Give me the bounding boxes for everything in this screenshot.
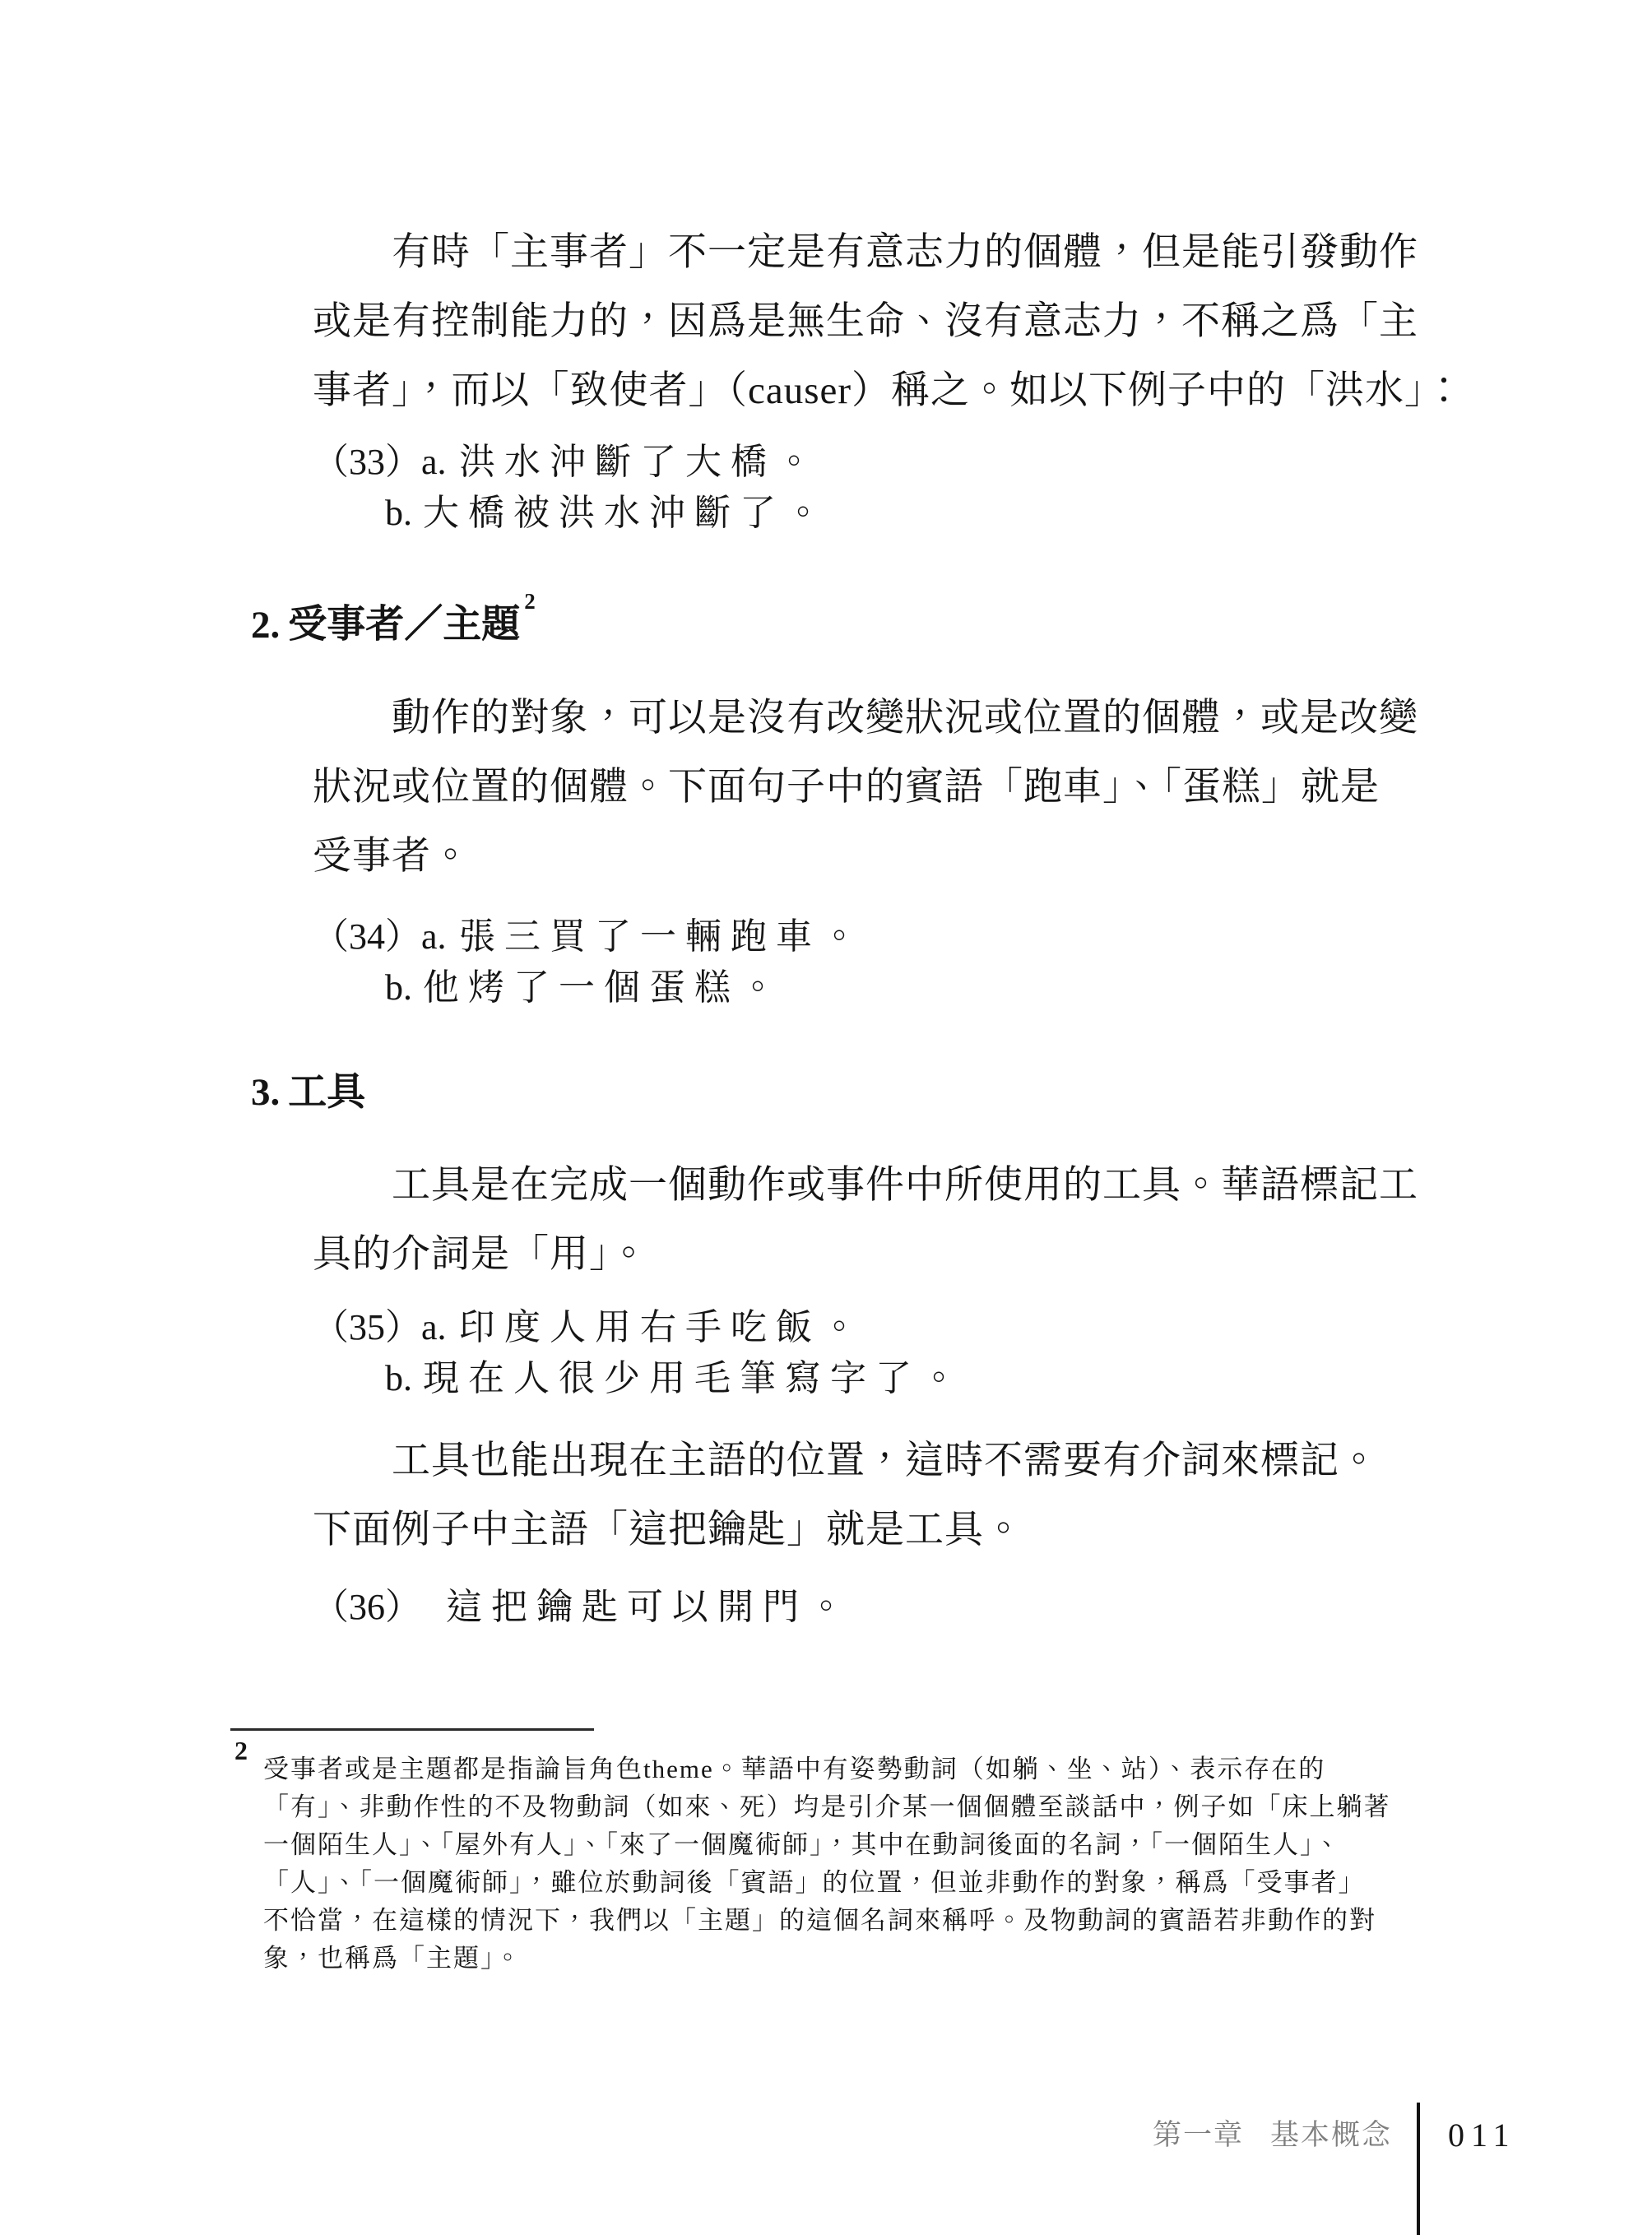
paragraph-causer: 有時「主事者」不一定是有意志力的個體，但是能引發動作 或是有控制能力的，因爲是無… [313,218,1432,425]
example-letter: b. [385,488,423,539]
paragraph-patient: 動作的對象，可以是沒有改變狀況或位置的個體，或是改變 狀況或位置的個體。下面句子… [313,684,1432,891]
example-sentence: 他烤了一個蛋糕。 [423,962,785,1013]
example-number: （33） [313,437,421,488]
example-letter: b. [385,962,423,1013]
footnote: 受事者或是主題都是指論旨角色theme。華語中有姿勢動詞（如躺、坐、站）、表示存… [263,1750,1391,1978]
example-letter: a. [421,437,459,488]
section-heading-patient-theme: 2.受事者／主題2 [251,590,1432,651]
example-sentence: 張三買了一輛跑車。 [459,911,866,962]
text-line: 下面例子中主語「這把鑰匙」就是工具。 [313,1495,1432,1565]
text-line: 受事者。 [313,822,1432,891]
text-line: 或是有控制能力的，因爲是無生命、沒有意志力，不稱之爲「主 [313,287,1432,356]
example-item: （35） a. 印度人用右手吃飯。 [313,1302,1432,1353]
example-36: （36） 這把鑰匙可以開門。 [313,1582,1432,1633]
footnote-line: 象，也稱爲「主題」。 [263,1940,1391,1978]
footnote-line: 「人」、「一個魔術師」，雖位於動詞後「賓語」的位置，但並非動作的對象，稱爲「受事… [263,1864,1391,1902]
text-line: 工具也能出現在主語的位置，這時不需要有介詞來標記。 [313,1426,1432,1495]
section-heading-instrument: 3.工具 [251,1066,1432,1119]
example-number-spacer [313,962,385,1013]
example-sentence: 印度人用右手吃飯。 [459,1302,866,1353]
footer-section-label: 基本概念 [1270,2119,1392,2152]
page-number: 011 [1448,2117,1516,2154]
text-line: 工具是在完成一個動作或事件中所使用的工具。華語標記工 [313,1151,1432,1220]
example-number-spacer [313,488,385,539]
example-item: b. 他烤了一個蛋糕。 [313,962,1432,1013]
footnote-line: 一個陌生人」、「屋外有人」、「來了一個魔術師」，其中在動詞後面的名詞，「一個陌生… [263,1826,1391,1864]
paragraph-instrument-subject: 工具也能出現在主語的位置，這時不需要有介詞來標記。 下面例子中主語「這把鑰匙」就… [313,1426,1432,1565]
text-line: 事者」，而以「致使者」（causer）稱之。如以下例子中的「洪水」： [313,356,1432,425]
section-number: 2. [251,604,280,647]
example-item: （36） 這把鑰匙可以開門。 [313,1582,1432,1633]
example-item: （33） a. 洪水沖斷了大橋。 [313,437,1432,488]
example-sentence: 大橋被洪水沖斷了。 [423,488,830,539]
footnote-line: 受事者或是主題都是指論旨角色theme。華語中有姿勢動詞（如躺、坐、站）、表示存… [263,1750,1391,1788]
section-title: 工具 [288,1071,365,1114]
example-number: （34） [313,911,421,962]
example-35: （35） a. 印度人用右手吃飯。 b. 現在人很少用毛筆寫字了。 [313,1302,1432,1404]
paragraph-instrument: 工具是在完成一個動作或事件中所使用的工具。華語標記工 具的介詞是「用」。 [313,1151,1432,1289]
book-page: 有時「主事者」不一定是有意志力的個體，但是能引發動作 或是有控制能力的，因爲是無… [0,0,1652,2235]
footnote-marker: 2 [234,1736,248,1765]
example-number: （36） [313,1582,421,1633]
text-line: 有時「主事者」不一定是有意志力的個體，但是能引發動作 [313,218,1432,287]
running-footer: 第一章 基本概念 [1153,2119,1392,2152]
footer-vertical-rule [1417,2103,1420,2235]
footnote-line: 「有」、非動作性的不及物動詞（如來、死）均是引介某一個個體至談話中，例子如「床上… [263,1788,1391,1826]
example-number-spacer [313,1353,385,1404]
example-letter: b. [385,1353,423,1404]
example-letter: a. [421,911,459,962]
example-34: （34） a. 張三買了一輛跑車。 b. 他烤了一個蛋糕。 [313,911,1432,1013]
main-content: 有時「主事者」不一定是有意志力的個體，但是能引發動作 或是有控制能力的，因爲是無… [313,218,1432,1633]
footnote-line: 不恰當，在這樣的情況下，我們以「主題」的這個名詞來稱呼。及物動詞的賓語若非動作的… [263,1902,1391,1940]
text-line: 動作的對象，可以是沒有改變狀況或位置的個體，或是改變 [313,684,1432,753]
text-line: 具的介詞是「用」。 [313,1220,1432,1289]
example-item: （34） a. 張三買了一輛跑車。 [313,911,1432,962]
footer-chapter-label: 第一章 [1153,2119,1244,2152]
footnote-reference: 2 [524,589,536,614]
example-letter: a. [421,1302,459,1353]
section-number: 3. [251,1071,280,1114]
example-sentence: 這把鑰匙可以開門。 [446,1582,853,1633]
footnote-separator-rule [230,1728,594,1731]
section-title: 受事者／主題 [288,604,520,647]
example-number: （35） [313,1302,421,1353]
example-33: （33） a. 洪水沖斷了大橋。 b. 大橋被洪水沖斷了。 [313,437,1432,539]
example-sentence: 現在人很少用毛筆寫字了。 [423,1353,966,1404]
text-line: 狀況或位置的個體。下面句子中的賓語「跑車」、「蛋糕」就是 [313,753,1432,822]
example-item: b. 大橋被洪水沖斷了。 [313,488,1432,539]
example-item: b. 現在人很少用毛筆寫字了。 [313,1353,1432,1404]
example-sentence: 洪水沖斷了大橋。 [459,437,821,488]
